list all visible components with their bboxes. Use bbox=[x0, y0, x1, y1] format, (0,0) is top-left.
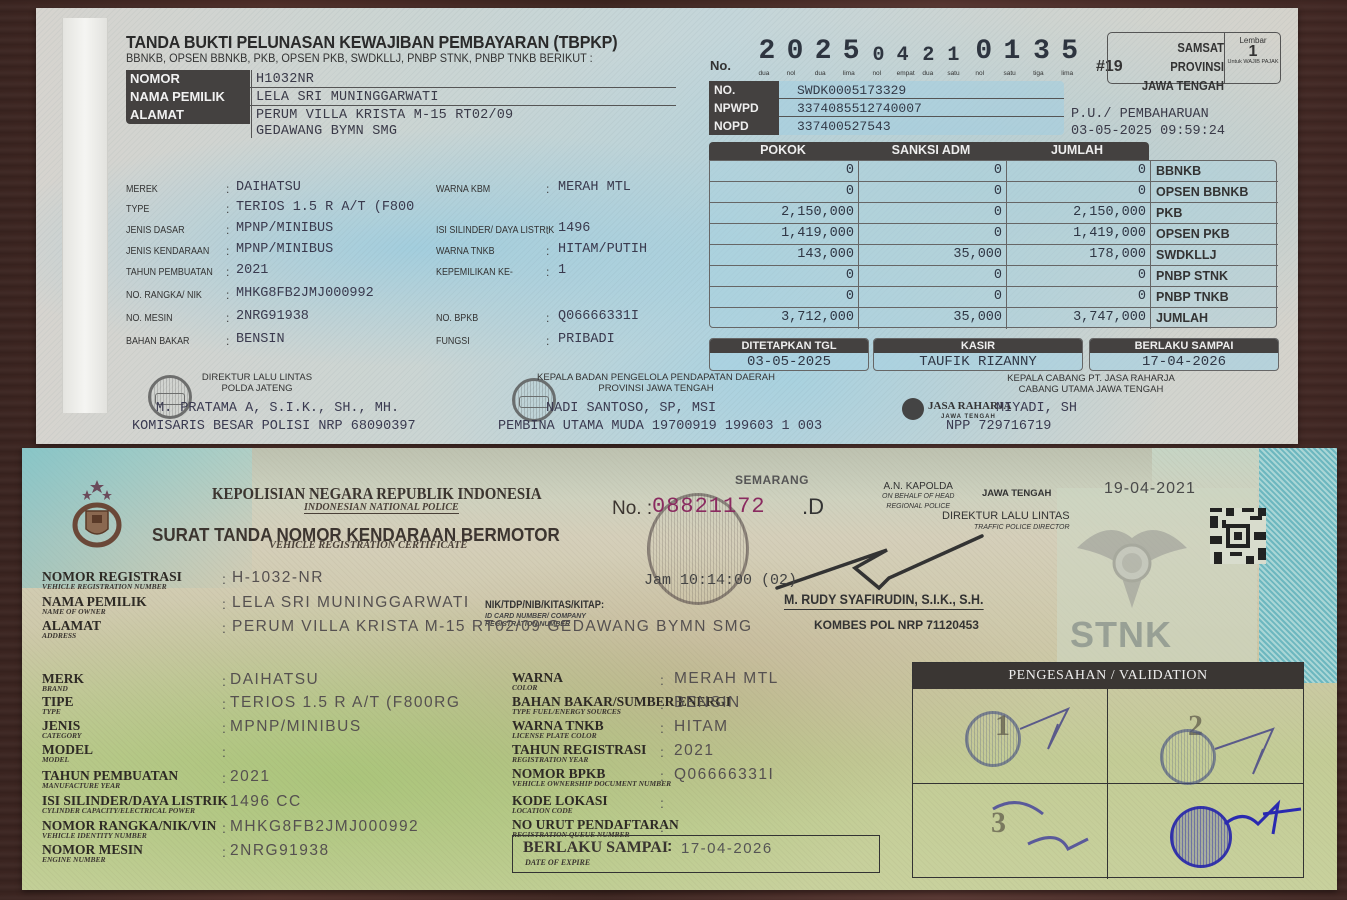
nik-label: NIK/TDP/NIB/KITAS/KITAP: bbox=[485, 599, 604, 611]
field-npwpd: NPWPD 3374085512740007 bbox=[709, 99, 1064, 117]
validation-cell-3: 3 bbox=[913, 784, 1108, 879]
validation-stamp-icon bbox=[1160, 729, 1216, 785]
field-nopd: NOPD 337400527543 bbox=[709, 117, 1064, 135]
receipt-digit: 2 bbox=[922, 44, 934, 67]
receipt-digit: 0 bbox=[872, 44, 884, 67]
tbpkp-title: TANDA BUKTI PELUNASAN KEWAJIBAN PEMBAYAR… bbox=[126, 32, 617, 53]
vehicle-field: KEPEMILIKAN KE-:1 bbox=[436, 263, 716, 283]
fee-row: 143,00035,000178,000SWDKLLJ bbox=[710, 245, 1278, 266]
jasa-raharja-logo-icon bbox=[902, 398, 924, 420]
receipt-digit: 1 bbox=[947, 44, 959, 67]
vehicle-field: FUNGSI:PRIBADI bbox=[436, 332, 716, 352]
stnk-header: KEPOLISIAN NEGARA REPUBLIK INDONESIA bbox=[212, 484, 542, 504]
validation-stamp-icon bbox=[965, 711, 1021, 767]
validation-grid: PENGESAHAN / VALIDATION 1 2 3 bbox=[912, 662, 1304, 878]
expiry-box: BERLAKU SAMPAI DATE OF EXPIRE 17-04-2026… bbox=[512, 835, 880, 873]
security-pattern bbox=[1259, 448, 1337, 683]
receipt-digit: 5 bbox=[1061, 36, 1078, 67]
signature-scribble-icon bbox=[988, 789, 1098, 869]
fee-row: 000PNBP TNKB bbox=[710, 287, 1278, 308]
tbpkp-subtitle: BBNKB, OPSEN BBNKB, PKB, OPSEN PKB, SWDK… bbox=[126, 53, 593, 65]
fee-row: 3,712,00035,0003,747,000JUMLAH bbox=[710, 308, 1278, 329]
signature-bapenda: KEPALA BADAN PENGELOLA PENDAPATAN DAERAH… bbox=[516, 372, 796, 394]
vehicle-field: WARNA TNKB:HITAM/PUTIH bbox=[436, 242, 716, 262]
security-strip bbox=[62, 18, 108, 413]
berlaku-sampai-box: BERLAKU SAMPAI 17-04-2026 bbox=[1089, 338, 1279, 371]
officer-name: M. RUDY SYAFIRUDIN, S.I.K., S.H. bbox=[784, 592, 983, 610]
receipt-number: No. 2dua0nol2dua5lima0nol4empat2dua1satu… bbox=[708, 36, 1093, 78]
receipt-digit: 2 bbox=[815, 36, 832, 67]
fee-row: 000BBNKB bbox=[710, 161, 1278, 182]
expiry-date: 17-04-2026 bbox=[681, 840, 773, 857]
fee-row: 2,150,00002,150,000PKB bbox=[710, 203, 1278, 224]
issue-date: 19-04-2021 bbox=[1104, 480, 1196, 498]
owner-identity-box: NOMOR REGISTRASI H1032NR NAMA PEMILIK LE… bbox=[126, 70, 676, 138]
police-emblem-icon bbox=[62, 478, 132, 548]
receipt-digit: 0 bbox=[975, 36, 992, 67]
officer-rank: KOMBES POL NRP 71120453 bbox=[814, 618, 979, 632]
stnk-title-en: VEHICLE REGISTRATION CERTIFICATE bbox=[269, 540, 467, 551]
vehicle-field: NO. RANGKA/ NIK:MHKG8FB2JMJ000992 bbox=[126, 286, 706, 306]
signature-jasa-raharja: KEPALA CABANG PT. JASA RAHARJA CABANG UT… bbox=[981, 373, 1201, 395]
validation-cell-1: 1 bbox=[913, 689, 1108, 784]
receipt-digit: 3 bbox=[1033, 36, 1050, 67]
validation-cell-2: 2 bbox=[1108, 689, 1303, 784]
receipt-digit: 5 bbox=[843, 36, 860, 67]
vehicle-field: ISI SILINDER/ DAYA LISTRIK:1496 bbox=[436, 221, 716, 241]
signature-dirlantas: DIREKTUR LALU LINTAS POLDA JATENG bbox=[132, 372, 382, 394]
vehicle-field: WARNA KBM:MERAH MTL bbox=[436, 180, 716, 200]
fee-row: 000PNBP STNK bbox=[710, 266, 1278, 287]
samsat-box: SAMSAT PROVINSIJAWA TENGAH Lembar 1 Untu… bbox=[1107, 32, 1281, 84]
signature-scribble-icon bbox=[1213, 724, 1283, 784]
lembar-indicator: Lembar 1 Untuk WAJIB PAJAK bbox=[1226, 36, 1280, 65]
field-nomor-registrasi: NOMOR REGISTRASI H1032NR bbox=[126, 70, 676, 88]
validation-cell-4 bbox=[1108, 784, 1303, 879]
fee-row: 000OPSEN BBNKB bbox=[710, 182, 1278, 203]
signature-scribble-icon bbox=[1018, 704, 1078, 764]
validation-header: PENGESAHAN / VALIDATION bbox=[913, 663, 1303, 689]
vehicle-field: NO. BPKB:Q06666331I bbox=[436, 309, 716, 329]
field-alamat: ALAMAT PERUM VILLA KRISTA M-15 RT02/09 G… bbox=[126, 106, 676, 140]
stnk-watermark: STNK bbox=[1070, 614, 1172, 656]
stnk-header-en: INDONESIAN NATIONAL POLICE bbox=[304, 502, 459, 514]
issuing-city: SEMARANG bbox=[735, 473, 809, 487]
receipt-digit: 4 bbox=[897, 44, 909, 67]
vehicle-field: TYPE:TERIOS 1.5 R A/T (F800 bbox=[126, 200, 706, 220]
tbpkp-receipt: TANDA BUKTI PELUNASAN KEWAJIBAN PEMBAYAR… bbox=[36, 8, 1298, 444]
police-wings-logo-icon bbox=[1067, 508, 1197, 628]
receipt-digit: 2 bbox=[759, 36, 776, 67]
field-nama-pemilik: NAMA PEMILIK LELA SRI MUNINGGARWATI bbox=[126, 88, 676, 106]
reference-box: NO. TBPKP SWDK0005173329 NPWPD 337408551… bbox=[709, 81, 1064, 135]
ditetapkan-tgl-box: DITETAPKAN TGL 03-05-2025 bbox=[709, 338, 869, 371]
receipt-digit: 1 bbox=[1003, 36, 1020, 67]
signature-scribble-icon bbox=[1223, 789, 1303, 849]
authority-block: A.N. KAPOLDA ON BEHALF OF HEAD REGIONAL … bbox=[882, 482, 954, 512]
fee-row: 1,419,00001,419,000OPSEN PKB bbox=[710, 224, 1278, 245]
qr-code-icon bbox=[1210, 508, 1266, 564]
issue-time: Jam 10:14:00 (02) bbox=[644, 572, 797, 589]
fee-table-header: POKOK SANKSI ADM JUMLAH bbox=[709, 142, 1149, 160]
stnk-number: 08821172 bbox=[652, 494, 766, 519]
field-no-tbpkp: NO. TBPKP SWDK0005173329 bbox=[709, 81, 1064, 99]
transaction-info: P.U./ PEMBAHARUAN 03-05-2025 09:59:24 bbox=[1071, 106, 1225, 140]
kasir-box: KASIR TAUFIK RIZANNY bbox=[873, 338, 1083, 371]
receipt-digit: 0 bbox=[787, 36, 804, 67]
director-signature bbox=[767, 528, 997, 598]
stnk-certificate: KEPOLISIAN NEGARA REPUBLIK INDONESIA IND… bbox=[22, 448, 1337, 890]
